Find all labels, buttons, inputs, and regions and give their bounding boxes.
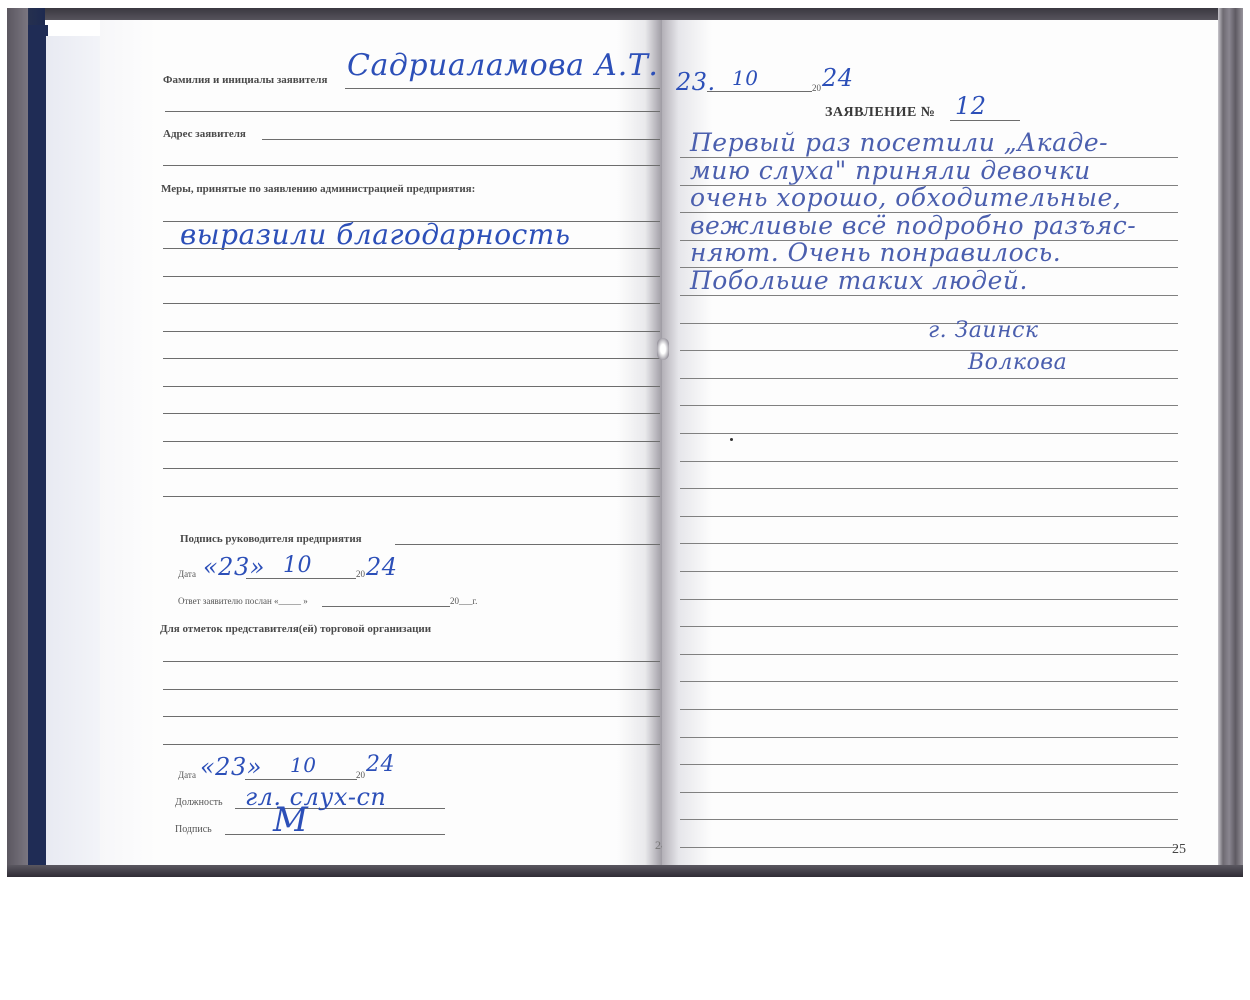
position-label: Должность — [175, 797, 223, 808]
ruled-line — [680, 709, 1178, 710]
representative-line-3 — [163, 716, 660, 717]
rep-date-day-handwriting: «23» — [200, 753, 262, 781]
ruled-line — [680, 571, 1178, 572]
right-date-line — [707, 91, 812, 92]
scanned-book-spread: Фамилия и инициалы заявителя Садриаламов… — [0, 0, 1250, 1000]
paper-speck — [730, 438, 733, 441]
statement-number-line — [950, 120, 1020, 121]
ruled-line — [680, 543, 1178, 544]
date-day-handwriting: «23» — [203, 553, 265, 581]
reply-sent-line — [322, 606, 450, 607]
right-date-year-prefix: 20 — [812, 83, 821, 93]
reply-sent-year: 20___г. — [450, 596, 477, 606]
ruled-line — [163, 303, 660, 304]
ruled-line — [680, 350, 1178, 351]
position-handwriting: гл. слух-сп — [245, 783, 386, 811]
ruled-line — [680, 295, 1178, 296]
book-cover-blue-binding — [28, 25, 48, 877]
right-date-year-handwriting: 24 — [822, 64, 854, 92]
applicant-name-handwriting: Садриаламова А.Т. — [347, 48, 658, 83]
signature-label: Подпись — [175, 824, 212, 835]
ruled-line — [163, 441, 660, 442]
address-line — [262, 139, 660, 140]
ruled-line — [680, 737, 1178, 738]
city-handwriting: г. Заинск — [928, 318, 1039, 343]
statement-line-handwriting: вежливые всё подробно разъяс- — [690, 211, 1136, 240]
statement-number-handwriting: 12 — [955, 92, 987, 120]
manager-signature-label: Подпись руководителя предприятия — [180, 533, 362, 545]
applicant-name-label: Фамилия и инициалы заявителя — [163, 74, 327, 86]
binding-clip — [657, 338, 669, 360]
statement-title: ЗАЯВЛЕНИЕ № — [825, 105, 935, 121]
ruled-line — [680, 654, 1178, 655]
rep-date-year-prefix: 20 — [356, 770, 365, 780]
ruled-line — [163, 358, 660, 359]
representative-line-2 — [163, 689, 660, 690]
representative-line-4 — [163, 744, 660, 745]
right-page-number: 25 — [1172, 842, 1186, 858]
date-year-prefix: 20 — [356, 569, 365, 579]
ruled-line — [680, 847, 1178, 848]
measures-label: Меры, принятые по заявлению администраци… — [161, 183, 475, 195]
ruled-line — [163, 468, 660, 469]
ruled-line — [163, 496, 660, 497]
date-year-handwriting: 24 — [366, 553, 398, 581]
date-month-handwriting: 10 — [283, 553, 312, 578]
book-cover-top-edge — [7, 8, 1243, 20]
statement-line-handwriting: Побольше таких людей. — [690, 266, 1028, 295]
applicant-name-line — [345, 88, 660, 89]
statement-line-handwriting: няют. Очень понравилось. — [690, 238, 1061, 267]
rep-date-label: Дата — [178, 770, 196, 780]
date-label: Дата — [178, 569, 196, 579]
flyleaf-edge — [46, 36, 106, 866]
reply-sent-label: Ответ заявителю послан «_____ » — [178, 596, 308, 606]
manager-signature-line — [395, 544, 660, 545]
ruled-line — [680, 819, 1178, 820]
address-label: Адрес заявителя — [163, 128, 246, 140]
ruled-line — [680, 792, 1178, 793]
ruled-line — [680, 488, 1178, 489]
ruled-line — [163, 413, 660, 414]
signature-line — [225, 834, 445, 835]
ruled-line — [680, 599, 1178, 600]
address-line-2 — [163, 165, 660, 166]
statement-line-handwriting: мию слуха" приняли девочки — [690, 156, 1091, 185]
ruled-line — [680, 626, 1178, 627]
ruled-line — [163, 248, 660, 249]
left-page — [100, 20, 662, 865]
author-signature-handwriting: Волкова — [968, 350, 1067, 375]
applicant-name-line-2 — [165, 111, 660, 112]
rep-date-year-handwriting: 24 — [366, 752, 395, 777]
signature-handwriting: М — [273, 800, 308, 840]
rep-date-month-handwriting: 10 — [290, 753, 316, 777]
date-line — [246, 578, 356, 579]
ruled-line — [163, 386, 660, 387]
statement-line-handwriting: Первый раз посетили „Акаде- — [690, 128, 1108, 157]
ruled-line — [680, 681, 1178, 682]
representative-line-1 — [163, 661, 660, 662]
right-date-month-handwriting: 10 — [732, 66, 758, 90]
ruled-line — [163, 331, 660, 332]
rep-date-line — [245, 779, 357, 780]
book-cover-bottom-edge — [7, 865, 1243, 877]
ruled-line — [680, 405, 1178, 406]
measures-handwriting: выразили благодарность — [180, 218, 571, 251]
book-cover-right-edge — [1218, 8, 1243, 877]
ruled-line — [163, 276, 660, 277]
ruled-line — [680, 764, 1178, 765]
ruled-line — [680, 516, 1178, 517]
representative-label: Для отметок представителя(ей) торговой о… — [160, 623, 431, 635]
statement-line-handwriting: очень хорошо, обходительные, — [690, 183, 1121, 212]
ruled-line — [680, 378, 1178, 379]
ruled-line — [680, 433, 1178, 434]
ruled-line — [680, 461, 1178, 462]
